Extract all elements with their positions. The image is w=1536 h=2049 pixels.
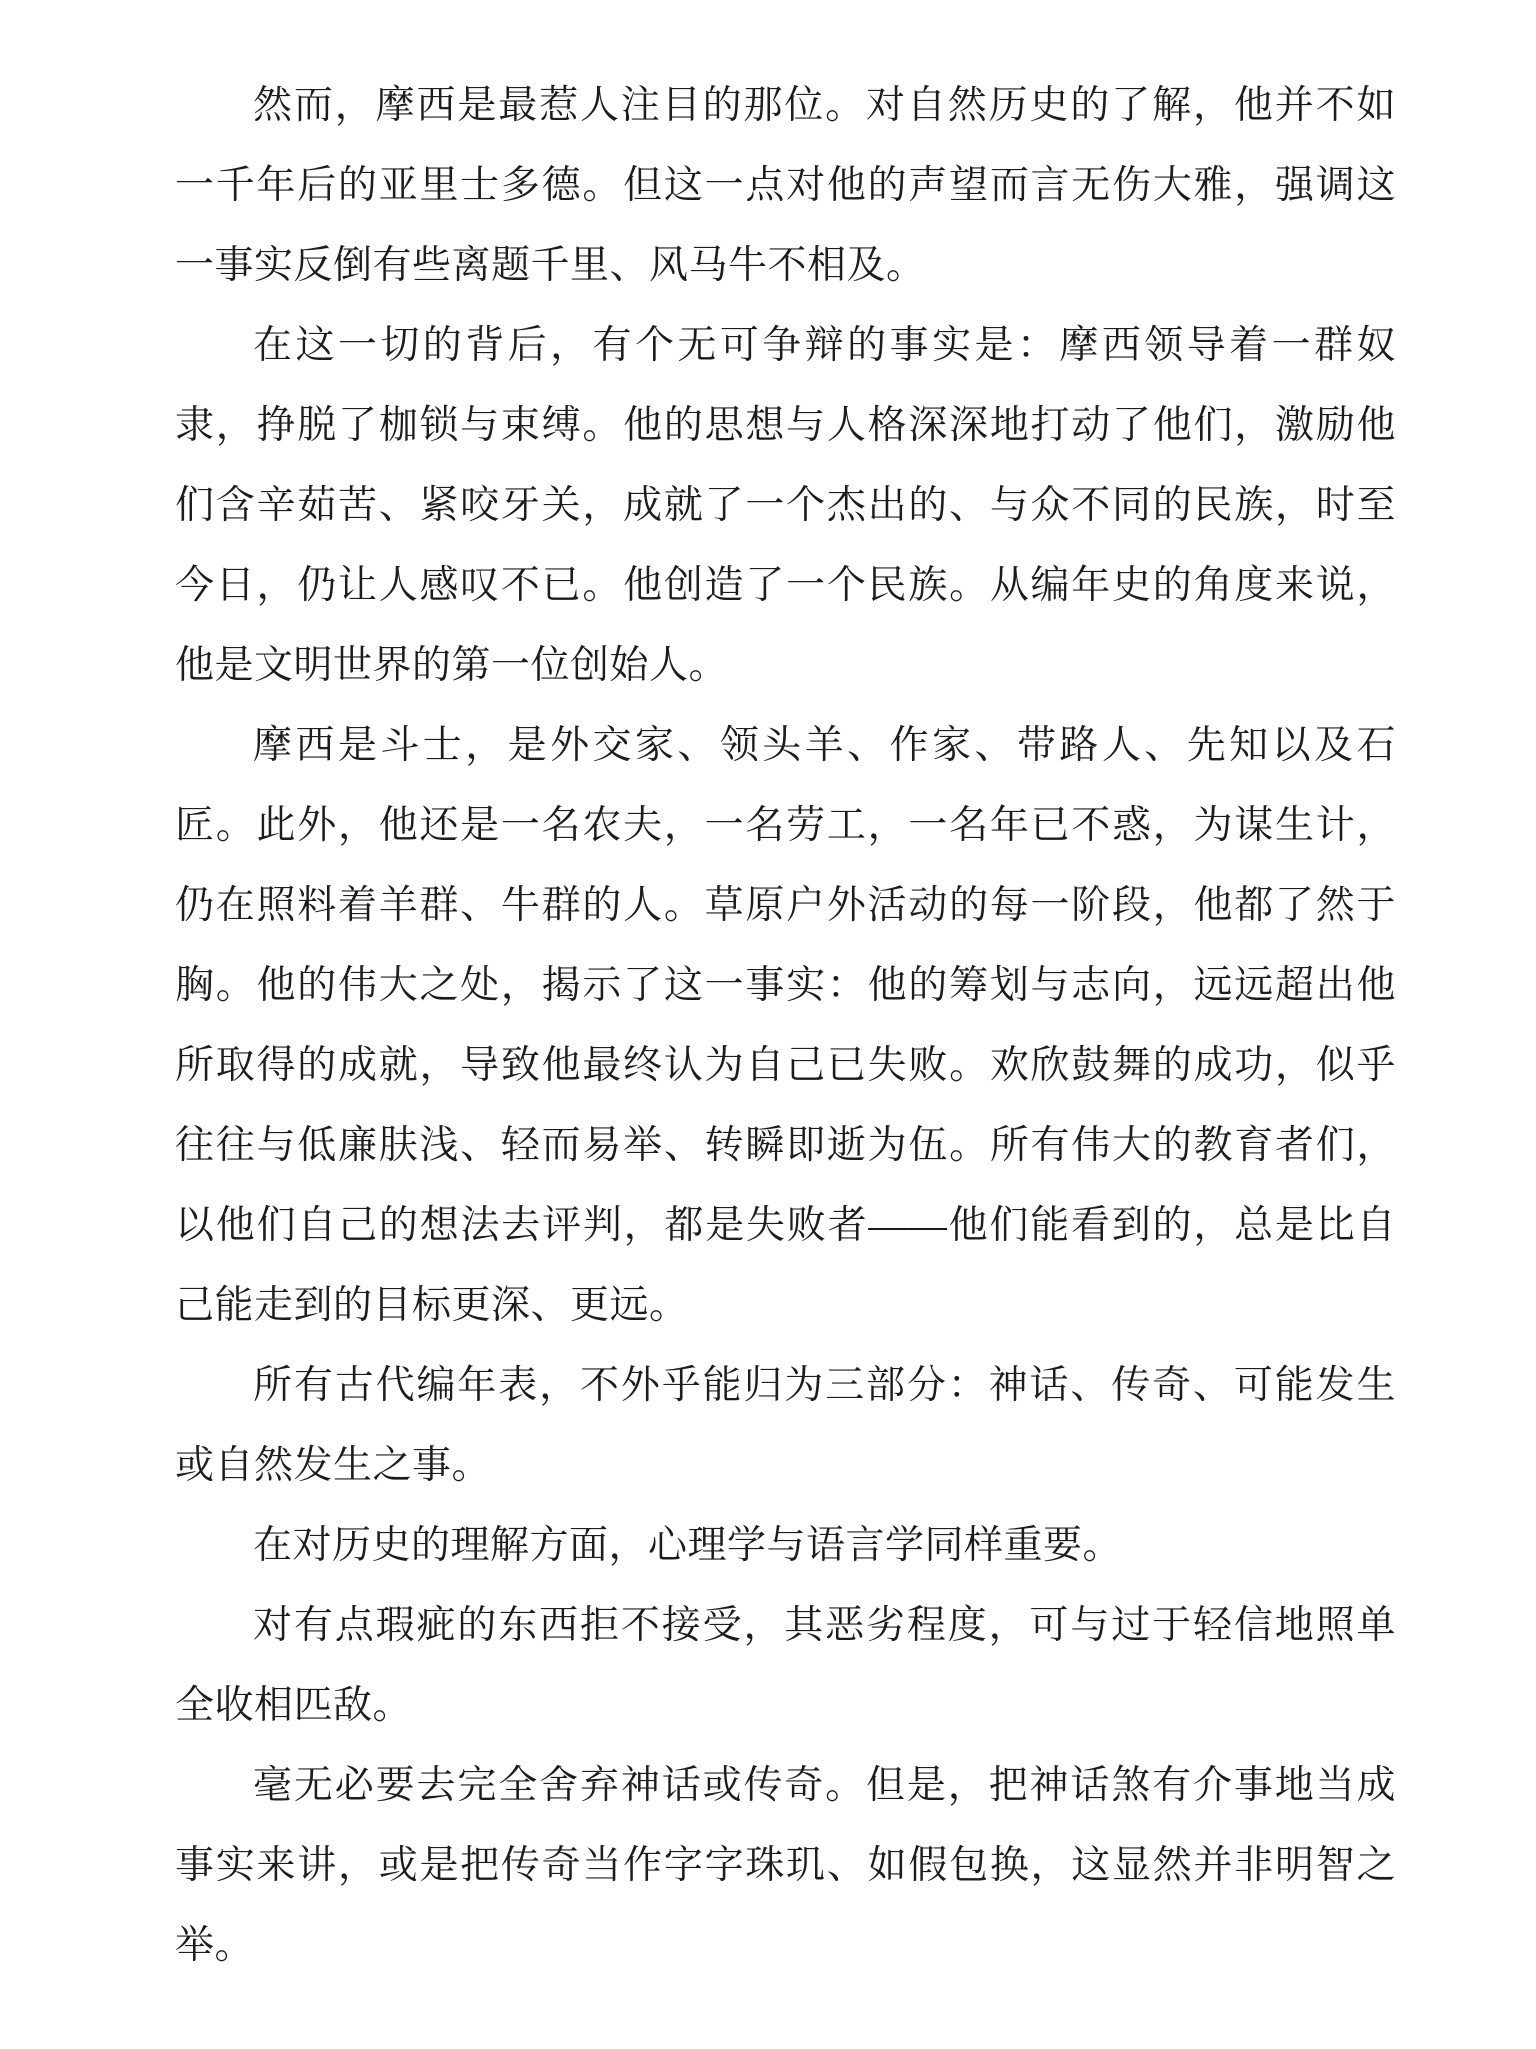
paragraph: 摩西是斗士，是外交家、领头羊、作家、带路人、先知以及石匠。此外，他还是一名农夫，…: [175, 706, 1396, 1346]
paragraph: 在对历史的理解方面，心理学与语言学同样重要。: [175, 1506, 1396, 1586]
paragraph: 在这一切的背后，有个无可争辩的事实是：摩西领导着一群奴隶，挣脱了枷锁与束缚。他的…: [175, 306, 1396, 706]
paragraph: 毫无必要去完全舍弃神话或传奇。但是，把神话煞有介事地当成事实来讲，或是把传奇当作…: [175, 1746, 1396, 1986]
body-text: 然而，摩西是最惹人注目的那位。对自然历史的了解，他并不如一千年后的亚里士多德。但…: [175, 66, 1396, 1986]
paragraph: 对有点瑕疵的东西拒不接受，其恶劣程度，可与过于轻信地照单全收相匹敌。: [175, 1586, 1396, 1746]
document-page: 然而，摩西是最惹人注目的那位。对自然历史的了解，他并不如一千年后的亚里士多德。但…: [0, 0, 1536, 2049]
paragraph: 所有古代编年表，不外乎能归为三部分：神话、传奇、可能发生或自然发生之事。: [175, 1346, 1396, 1506]
paragraph: 然而，摩西是最惹人注目的那位。对自然历史的了解，他并不如一千年后的亚里士多德。但…: [175, 66, 1396, 306]
